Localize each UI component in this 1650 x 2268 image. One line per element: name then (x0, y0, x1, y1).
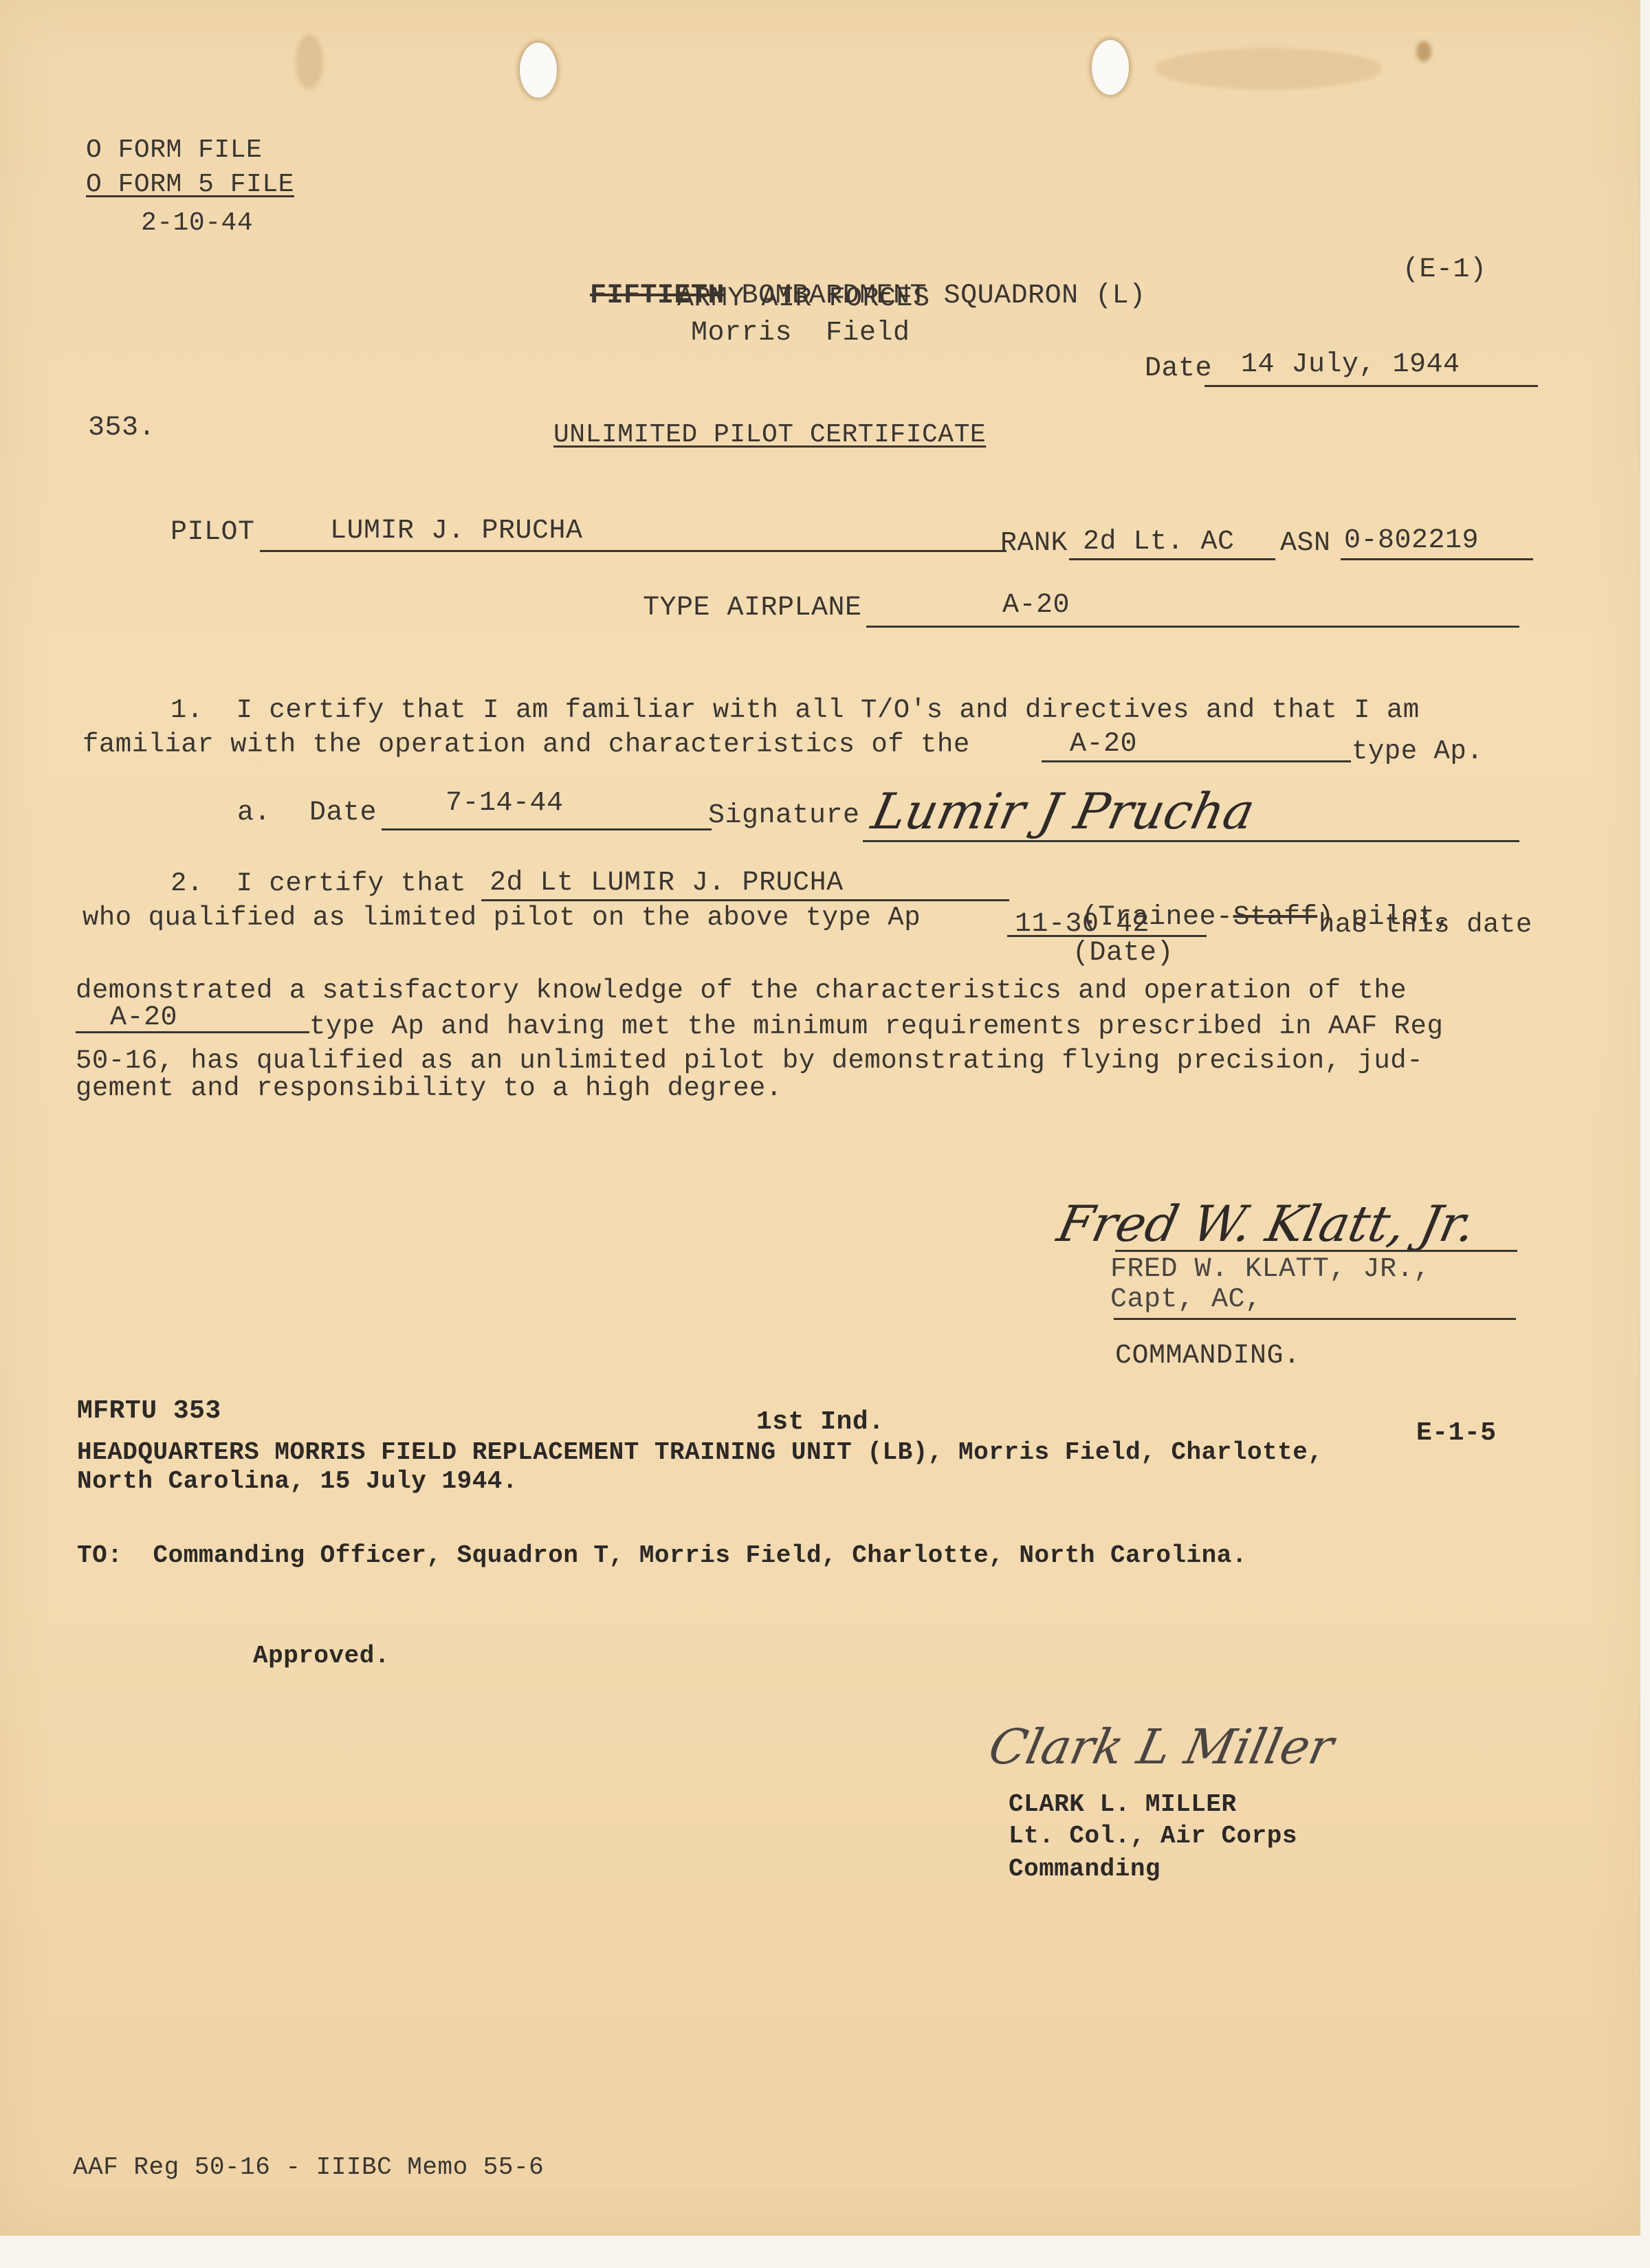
para2-start: 2. I certify that (170, 868, 466, 899)
pilot-underline (260, 550, 1006, 552)
para2-date-caption: (Date) (1072, 938, 1174, 969)
date-value: 14 July, 1944 (1241, 349, 1460, 381)
indorsement-reference: MFRTU 353 (77, 1396, 221, 1427)
stain (1416, 41, 1431, 62)
punch-hole-left (520, 43, 557, 98)
file-stamp-line2: O FORM 5 FILE (86, 169, 294, 201)
para1-date-label: Date (309, 797, 377, 829)
commander-sig-underline (1115, 1250, 1517, 1252)
commander-rank-underline (1114, 1318, 1516, 1320)
document-page: O FORM FILE O FORM 5 FILE 2-10-44 FIFTIE… (0, 0, 1640, 2236)
para2-line6: gement and responsibility to a high degr… (76, 1072, 782, 1104)
para2-aircraft-underline (76, 1031, 309, 1033)
indorsement-line2: North Carolina, 15 July 1944. (77, 1466, 518, 1497)
certificate-title: UNLIMITED PILOT CERTIFICATE (553, 419, 986, 451)
para1-aircraft: A-20 (1070, 729, 1137, 760)
rank-underline (1069, 558, 1275, 560)
commander-rank: Capt, AC, (1110, 1284, 1262, 1316)
form-code: (E-1) (1402, 254, 1487, 286)
service-name: ARMY AIR FORCES (677, 283, 930, 315)
type-airplane-value: A-20 (1002, 590, 1070, 621)
indorsement-action: Approved. (253, 1640, 390, 1672)
para1-aircraft-underline (1042, 760, 1351, 762)
asn-underline (1341, 558, 1533, 560)
commander-name: FRED W. KLATT, JR., (1110, 1254, 1431, 1286)
para2-pilot-name: 2d Lt LUMIR J. PRUCHA (489, 868, 844, 899)
para2-line4-end: type Ap and having met the minimum requi… (309, 1011, 1443, 1042)
para2-line2-end: has this date (1319, 909, 1532, 940)
punch-hole-right (1092, 40, 1129, 95)
asn-value: 0-802219 (1344, 525, 1479, 557)
approver-rank: Lt. Col., Air Corps (1009, 1820, 1297, 1852)
pilot-signature: Lumir J Prucha (867, 782, 1259, 840)
certificate-number: 353. (88, 412, 155, 444)
para2-line2-start: who qualified as limited pilot on the ab… (82, 902, 921, 934)
type-airplane-underline (866, 626, 1519, 628)
date-underline (1204, 385, 1538, 387)
stain (296, 34, 323, 89)
pilot-label: PILOT (170, 517, 255, 549)
para1-signature-label: Signature (708, 800, 860, 832)
approver-name: CLARK L. MILLER (1009, 1789, 1237, 1820)
indorsement-line1: HEADQUARTERS MORRIS FIELD REPLACEMENT TR… (77, 1437, 1323, 1468)
indorsement-code: E-1-5 (1416, 1418, 1497, 1449)
rank-value: 2d Lt. AC (1083, 527, 1235, 558)
para1-line2-start: familiar with the operation and characte… (82, 729, 970, 760)
para1-date-value: 7-14-44 (445, 788, 564, 819)
rank-label: RANK (1000, 528, 1068, 560)
para1-signature-underline (863, 840, 1519, 842)
para2-limited-date-underline (1007, 935, 1207, 937)
pilot-class-staff-struck: Staff (1233, 902, 1318, 933)
para2-aircraft: A-20 (110, 1002, 177, 1034)
type-airplane-label: TYPE AIRPLANE (643, 593, 862, 624)
para1-item-a: a. (237, 797, 271, 829)
location: Morris Field (691, 318, 910, 349)
indorsement-to: TO: Commanding Officer, Squadron T, Morr… (77, 1540, 1247, 1572)
footer-reference: AAF Reg 50-16 - IIIBC Memo 55-6 (73, 2152, 544, 2183)
para1-line1: 1. I certify that I am familiar with all… (170, 694, 1420, 726)
para1-date-underline (382, 828, 712, 830)
file-stamp-line1: O FORM FILE (86, 135, 262, 166)
commander-title: COMMANDING. (1115, 1341, 1301, 1372)
file-stamp-date: 2-10-44 (141, 208, 253, 239)
approver-signature: Clark L Miller (984, 1719, 1339, 1775)
para2-name-underline (481, 899, 1009, 901)
commander-signature: Fred W. Klatt, Jr. (1053, 1195, 1481, 1253)
stain (1155, 48, 1382, 89)
indorsement-label: 1st Ind. (756, 1407, 884, 1438)
para1-line2-end: type Ap. (1352, 736, 1483, 767)
approver-title: Commanding (1009, 1853, 1160, 1885)
pilot-name: LUMIR J. PRUCHA (330, 516, 583, 547)
date-label: Date (1145, 353, 1212, 385)
asn-label: ASN (1280, 528, 1331, 560)
para2-line3: demonstrated a satisfactory knowledge of… (76, 975, 1407, 1006)
